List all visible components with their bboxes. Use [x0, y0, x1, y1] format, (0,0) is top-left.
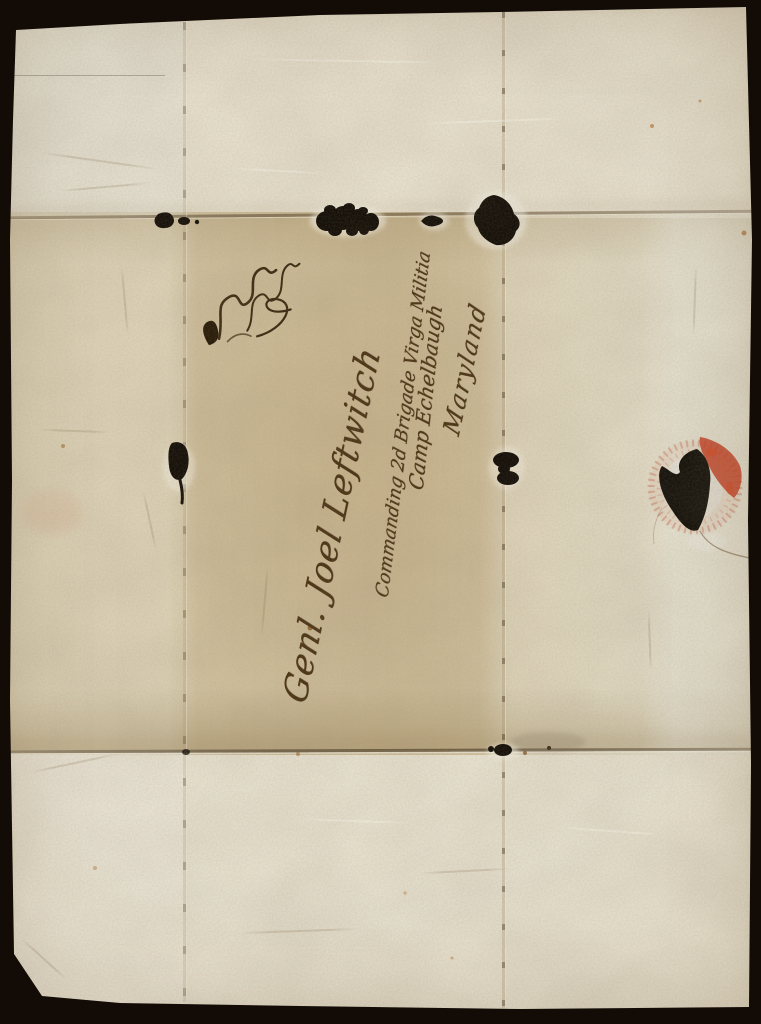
wrinkle: [560, 827, 660, 835]
wrinkle: [40, 429, 110, 433]
tone-bottom-left-panel: [0, 752, 185, 1005]
tone-top-left-panel: [0, 0, 185, 218]
seal-tear-hole: [659, 449, 710, 531]
wrinkle: [250, 58, 450, 63]
scan-scratch-line: [10, 75, 165, 76]
tone-below-top-fold: [0, 218, 761, 264]
wax-seal-remnant: [649, 437, 750, 558]
wrinkle: [60, 182, 150, 191]
address-line-recipient: Genl. Joel Leftwitch: [276, 341, 389, 709]
paper-crack: [700, 531, 750, 558]
wrinkle: [143, 491, 157, 550]
seal-red-patch: [700, 437, 742, 498]
seal-offset-stain: [22, 490, 82, 534]
photo-backdrop: Genl. Joel Leftwitch Commanding 2d Briga…: [0, 0, 761, 1024]
ink-blot-large: [474, 195, 520, 245]
decor-overlay: [0, 0, 761, 1024]
paper-grain-overlay: [0, 0, 761, 1024]
fold-crease-vertical-left: [183, 22, 186, 1002]
tone-top-panel: [0, 0, 761, 212]
wrinkle: [420, 117, 570, 124]
tone-right-column: [640, 210, 753, 755]
scanned-letter-photo: { "colors": { "backdrop": "#130c06", "pa…: [0, 0, 761, 1024]
tone-bottom-panel: [0, 755, 761, 1010]
wrinkle: [300, 818, 410, 823]
wrinkle: [40, 152, 159, 170]
foxing-specks: [61, 100, 747, 960]
wrinkle: [693, 266, 697, 336]
torn-edge-halos: [163, 191, 586, 760]
fold-crease-horizontal-bottom: [8, 748, 753, 753]
wrinkle-bottom-left-diagonal: [31, 753, 119, 774]
tone-middle-band: [0, 212, 761, 755]
docket-flourish: [196, 263, 309, 346]
edge-vignette: [0, 0, 761, 1024]
fold-crease-vertical-right: [502, 12, 505, 1008]
wrinkle-corner-diagonal: [21, 938, 67, 979]
ink-blot-cluster: [316, 203, 379, 236]
wrinkle: [648, 611, 652, 671]
ink-blot-almond: [421, 216, 443, 227]
wrinkle: [420, 868, 510, 874]
tear-hole-right-crease: [493, 452, 519, 485]
wrinkle: [261, 566, 269, 636]
wrinkle: [240, 928, 360, 934]
tone-above-bottom-fold: [0, 688, 761, 750]
wrinkle: [230, 167, 330, 174]
letter-sheet: Genl. Joel Leftwitch Commanding 2d Briga…: [0, 0, 761, 1024]
fold-crease-horizontal-top: [8, 210, 753, 220]
wrinkle: [121, 266, 129, 336]
address-line-state: Maryland: [438, 298, 492, 439]
